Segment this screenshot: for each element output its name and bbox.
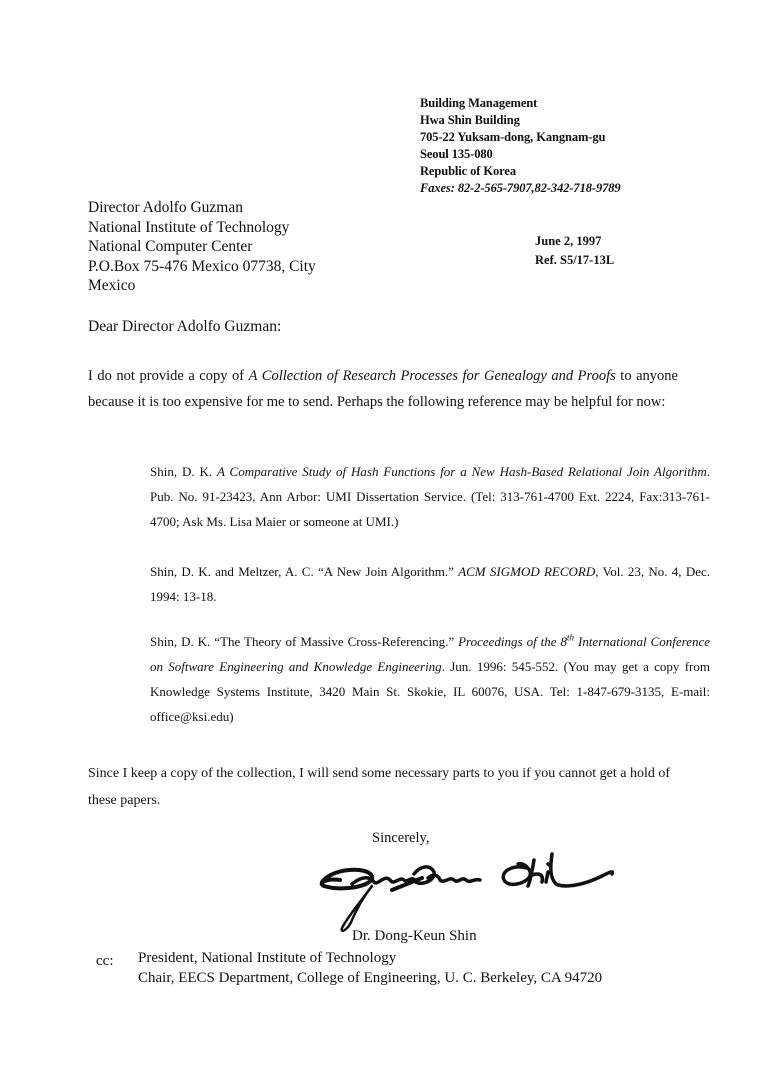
ref-title: “A New Join Algorithm.”	[318, 564, 458, 579]
recipient-address: Director Adolfo Guzman National Institut…	[88, 198, 316, 296]
signer-name: Dr. Dong-Keun Shin	[352, 928, 477, 945]
sender-line: Hwa Shin Building	[420, 112, 621, 129]
body-paragraph-1: I do not provide a copy of A Collection …	[88, 364, 678, 415]
sender-faxes: Faxes: 82-2-565-7907,82-342-718-9789	[420, 180, 621, 197]
ref-title: “The Theory of Massive Cross-Referencing…	[214, 634, 458, 649]
ref-authors: Shin, D. K. and Meltzer, A. C.	[150, 564, 318, 579]
recipient-line: Mexico	[88, 276, 316, 296]
date-reference-block: June 2, 1997 Ref. S5/17-13L	[535, 232, 614, 270]
recipient-line: P.O.Box 75-476 Mexico 07738, City	[88, 257, 316, 277]
sender-line: Building Management	[420, 95, 621, 112]
cc-recipients: President, National Institute of Technol…	[138, 949, 602, 988]
ref-title: A Comparative Study of Hash Functions fo…	[217, 464, 707, 479]
ref-venue-sup: th	[567, 633, 574, 643]
ref-authors: Shin, D. K.	[150, 634, 214, 649]
cc-label: cc:	[96, 953, 113, 970]
body-text: I do not provide a copy of	[88, 368, 249, 384]
reference-item: Shin, D. K. and Meltzer, A. C. “A New Jo…	[150, 559, 710, 609]
recipient-line: Director Adolfo Guzman	[88, 198, 316, 218]
reference-item: Shin, D. K. “The Theory of Massive Cross…	[150, 629, 710, 729]
cc-recipient: Chair, EECS Department, College of Engin…	[138, 969, 602, 989]
letter-date: June 2, 1997	[535, 232, 614, 251]
reference-item: Shin, D. K. A Comparative Study of Hash …	[150, 459, 710, 534]
body-paragraph-2: Since I keep a copy of the collection, I…	[88, 760, 688, 814]
sender-line: Republic of Korea	[420, 163, 621, 180]
ref-venue-text: Proceedings of the 8	[458, 634, 567, 649]
salutation: Dear Director Adolfo Guzman:	[88, 318, 281, 336]
recipient-line: National Institute of Technology	[88, 218, 316, 238]
book-title: A Collection of Research Processes for G…	[249, 368, 616, 384]
closing: Sincerely,	[372, 830, 429, 847]
sender-address: Building Management Hwa Shin Building 70…	[420, 95, 621, 197]
ref-journal: ACM SIGMOD RECORD	[458, 564, 595, 579]
signature-image	[312, 850, 632, 935]
sender-line: 705-22 Yuksam-dong, Kangnam-gu	[420, 129, 621, 146]
sender-line: Seoul 135-080	[420, 146, 621, 163]
recipient-line: National Computer Center	[88, 237, 316, 257]
letter-reference: Ref. S5/17-13L	[535, 251, 614, 270]
ref-authors: Shin, D. K.	[150, 464, 217, 479]
cc-recipient: President, National Institute of Technol…	[138, 949, 602, 969]
